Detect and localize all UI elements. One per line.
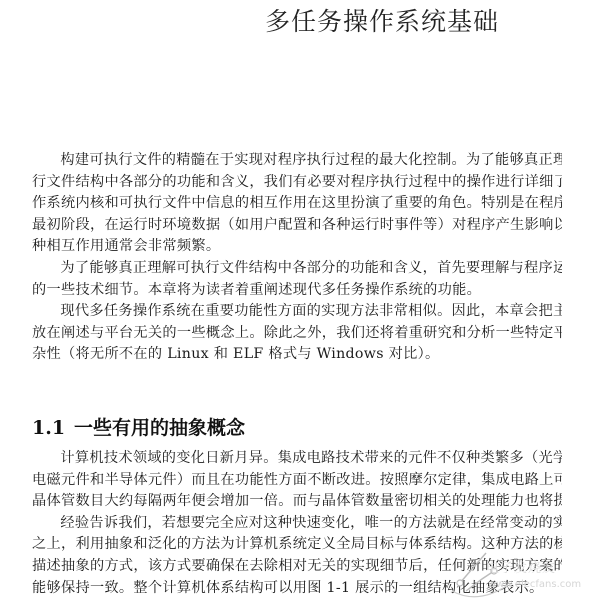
text-line: 之上，利用抽象和泛化的方法为计算机系统定义全局目标与体系结构。这种方法的核心在于 bbox=[32, 534, 562, 556]
text-line: 的一些技术细节。本章将为读者着重阐述现代多任务操作系统的功能。 bbox=[32, 280, 562, 302]
text-line: 电磁元件和半导体元件）而且在功能性方面不断改进。按照摩尔定律，集成电路上可容纳的 bbox=[32, 470, 562, 492]
section-text: 计算机技术领域的变化日新月异。集成电路技术带来的元件不仅种类繁多（光学元件、 电… bbox=[32, 448, 562, 599]
text-line: 计算机技术领域的变化日新月异。集成电路技术带来的元件不仅种类繁多（光学元件、 bbox=[32, 448, 562, 470]
text-line: 现代多任务操作系统在重要功能性方面的实现方法非常相似。因此，本章会把主要精力 bbox=[32, 301, 562, 323]
watermark-url: www.elecfans.com bbox=[488, 579, 581, 590]
text-line: 描述抽象的方式，该方式要确保在去除相对无关的实现细节后，任何新的实现方案的定义都 bbox=[32, 556, 562, 578]
watermark-site-name: 电子发烧友 bbox=[486, 557, 556, 576]
intro-text: 构建可执行文件的精髓在于实现对程序执行过程的最大化控制。为了能够真正理解可执 行… bbox=[32, 150, 562, 366]
text-line: 经验告诉我们，若想要完全应对这种快速变化，唯一的方法就是在经常变动的实现层次 bbox=[32, 513, 562, 535]
section-number: 1.1 bbox=[32, 417, 74, 439]
text-line: 晶体管数目大约每隔两年便会增加一倍。而与晶体管数量密切相关的处理能力也将提升一倍… bbox=[32, 491, 562, 513]
text-line: 构建可执行文件的精髓在于实现对程序执行过程的最大化控制。为了能够真正理解可执 bbox=[32, 150, 562, 172]
intro-paragraph-1: 构建可执行文件的精髓在于实现对程序执行过程的最大化控制。为了能够真正理解可执 行… bbox=[32, 150, 562, 258]
text-line: 行文件结构中各部分的功能和含义，我们有必要对程序执行过程中的操作进行详细了解，操 bbox=[32, 172, 562, 194]
text-line: 能够保持一致。整个计算机体系结构可以用图 1-1 展示的一组结构化抽象表示。 bbox=[32, 578, 562, 600]
text-line: 为了能够真正理解可执行文件结构中各部分的功能和含义，首先要理解与程序运行相关 bbox=[32, 258, 562, 280]
section-title: 一些有用的抽象概念 bbox=[74, 417, 245, 439]
text-line: 最初阶段，在运行时环境数据（如用户配置和各种运行时事件等）对程序产生影响以前，这 bbox=[32, 215, 562, 237]
text-line: 杂性（将无所不在的 Linux 和 ELF 格式与 Windows 对比）。 bbox=[32, 344, 562, 366]
intro-paragraph-3: 现代多任务操作系统在重要功能性方面的实现方法非常相似。因此，本章会把主要精力 放… bbox=[32, 301, 562, 366]
section-paragraph-1: 计算机技术领域的变化日新月异。集成电路技术带来的元件不仅种类繁多（光学元件、 电… bbox=[32, 448, 562, 513]
chapter-title: 多任务操作系统基础 bbox=[265, 2, 499, 38]
text-line: 作系统内核和可执行文件中信息的相互作用在这里扮演了重要的角色。特别是在程序启动的 bbox=[32, 193, 562, 215]
section-paragraph-2: 经验告诉我们，若想要完全应对这种快速变化，唯一的方法就是在经常变动的实现层次 之… bbox=[32, 513, 562, 599]
section-heading: 1.1一些有用的抽象概念 bbox=[32, 413, 245, 440]
intro-paragraph-2: 为了能够真正理解可执行文件结构中各部分的功能和含义，首先要理解与程序运行相关 的… bbox=[32, 258, 562, 301]
text-line: 种相互作用通常会非常频繁。 bbox=[32, 236, 562, 258]
text-line: 放在阐述与平台无关的一些概念上。除此之外，我们还将着重研究和分析一些特定平台的复 bbox=[32, 323, 562, 345]
